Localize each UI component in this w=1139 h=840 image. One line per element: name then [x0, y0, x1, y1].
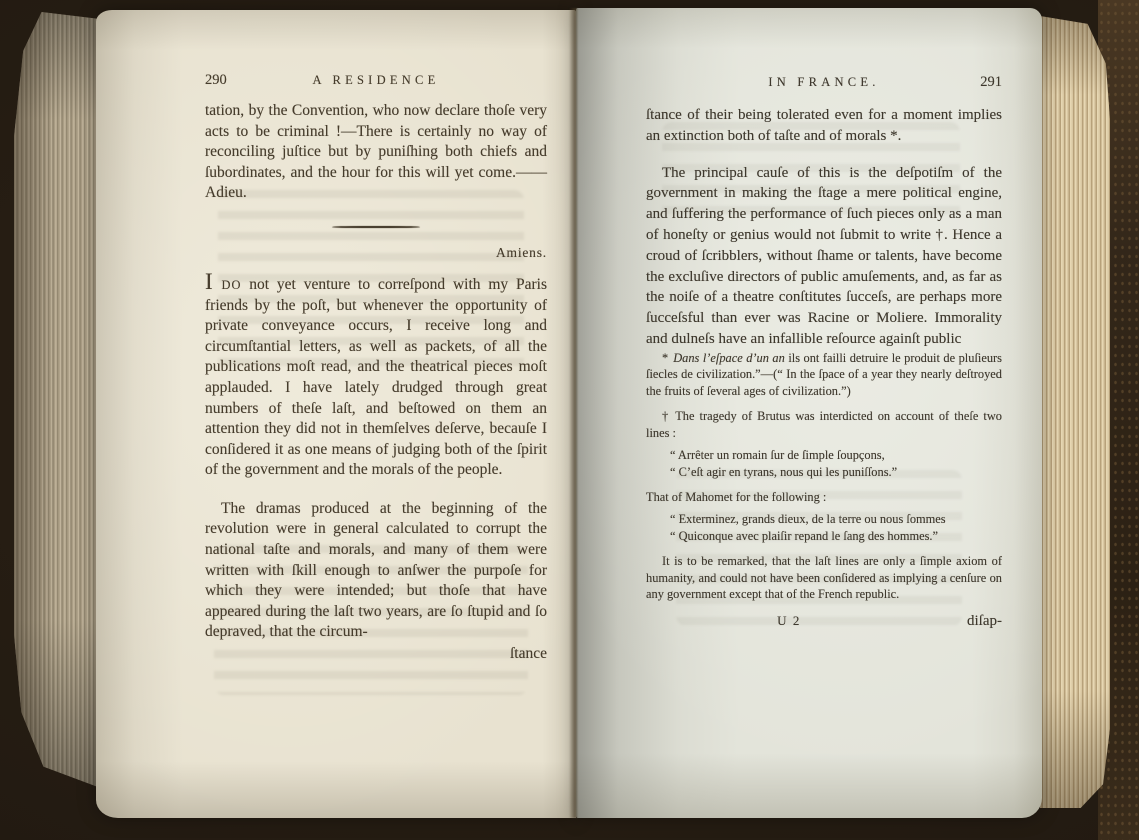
right-page-text: IN FRANCE. 291 ſtance of their being tol… [646, 72, 1002, 629]
left-running-head: 290 A RESIDENCE [205, 70, 547, 90]
paragraph-continuation: tation, by the Convention, who now decla… [205, 101, 547, 204]
catchword-right: diſap- [967, 611, 1002, 632]
paragraph-principal: The principal cauſe of this is the deſpo… [646, 163, 1002, 350]
brutus-quote-line-2: “ C’eſt agir en tyrans, nous qui les pun… [646, 464, 1002, 481]
signature-row: U 2 diſap- [646, 611, 1002, 629]
dagger-marker: † [662, 409, 670, 423]
page-number-291: 291 [980, 72, 1002, 93]
footnote-mahomet: That of Mahomet for the following : [646, 489, 1002, 506]
drop-initial: I [205, 269, 214, 294]
brutus-quote-line-1: “ Arrêter un romain ſur de ſimple ſoupço… [646, 447, 1002, 464]
paragraph-dramas: The dramas produced at the beginning of … [205, 499, 547, 643]
book-gutter [569, 8, 578, 818]
footnote-remark: It is to be remarked, that the laſt line… [646, 553, 1002, 603]
dateline-amiens: Amiens. [205, 243, 547, 264]
asterisk-marker: * [662, 351, 668, 365]
book-photo: 290 A RESIDENCE tation, by the Conventio… [0, 0, 1139, 840]
footnote-dagger-text: The tragedy of Brutus was interdicted on… [646, 409, 1002, 440]
paragraph-stance: ſtance of their being tolerated even for… [646, 105, 1002, 147]
mahomet-quote-line-1: “ Exterminez, grands dieux, de la terre … [646, 511, 1002, 528]
footnote-star: *Dans l’eſpace d’un an ils ont failli de… [646, 350, 1002, 400]
right-fore-edge-pages [1040, 16, 1110, 808]
catchword-left: ſtance [205, 644, 547, 665]
section-rule [332, 226, 420, 228]
paragraph-letter-opening: I DO not yet venture to correſpond with … [205, 275, 547, 481]
mahomet-quote-line-2: “ Quiconque avec plaiſir repand le ſang … [646, 528, 1002, 545]
running-header-left: A RESIDENCE [205, 70, 547, 91]
right-running-head: IN FRANCE. 291 [646, 72, 1002, 92]
letter-body: not yet venture to correſpond with my Pa… [205, 276, 547, 478]
footnote-dagger: †The tragedy of Brutus was interdicted o… [646, 408, 1002, 441]
running-header-right: IN FRANCE. [646, 72, 1002, 93]
left-fore-edge-pages [14, 12, 106, 790]
signature-mark: U 2 [646, 611, 932, 632]
small-caps-word: DO [222, 278, 242, 292]
left-page-text: 290 A RESIDENCE tation, by the Conventio… [205, 70, 547, 665]
footnote-star-italic: Dans l’eſpace d’un an [673, 351, 785, 365]
footnotes: *Dans l’eſpace d’un an ils ont failli de… [646, 350, 1002, 603]
